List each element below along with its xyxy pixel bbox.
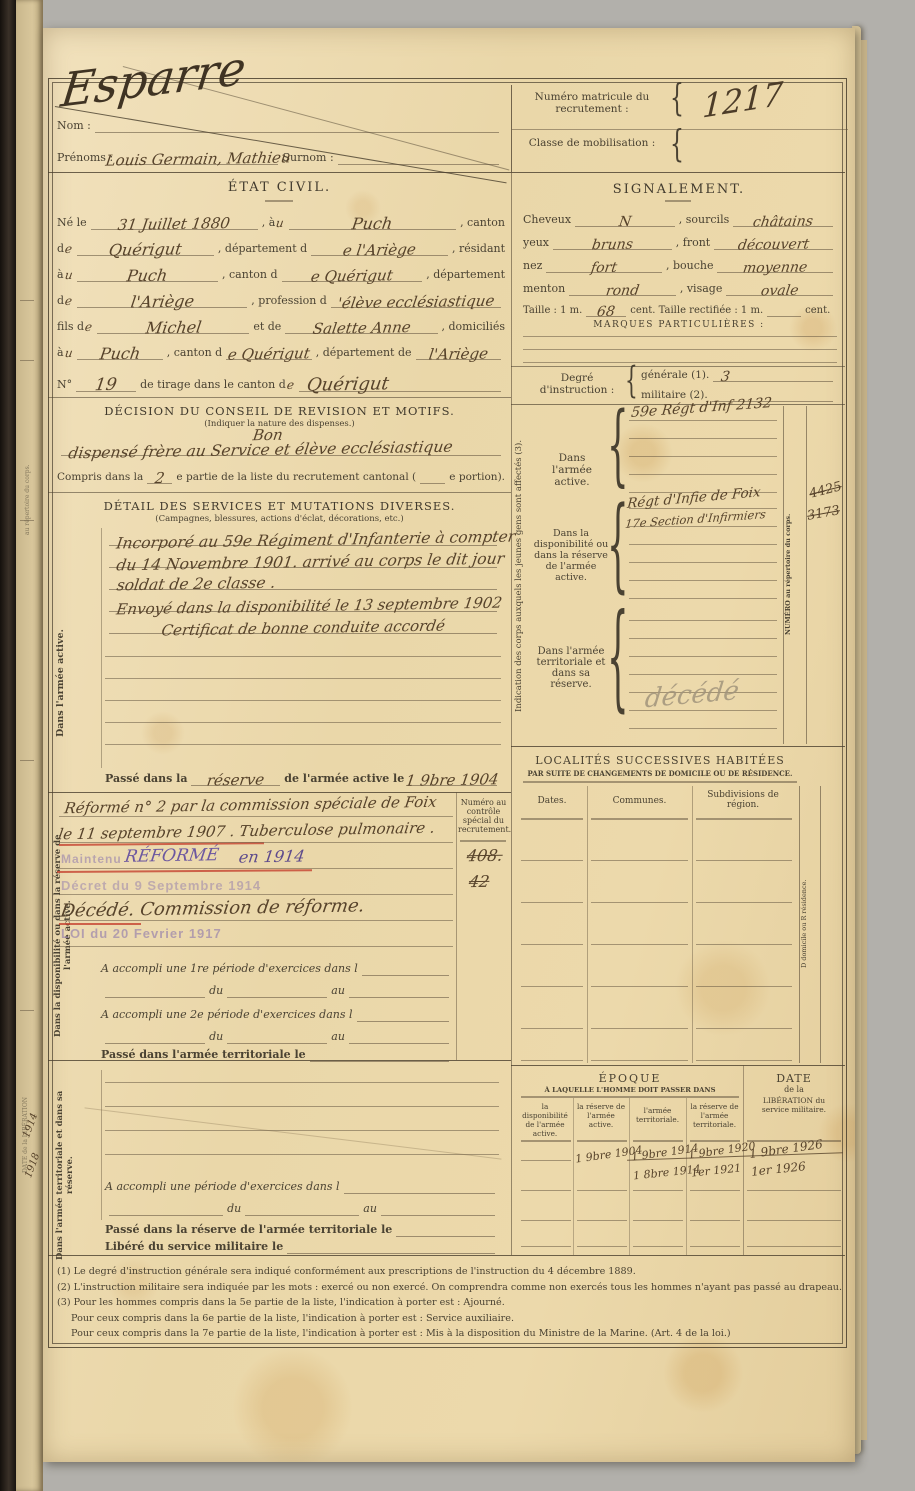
table-column-rule: [692, 786, 693, 1063]
field: [357, 1021, 449, 1022]
cell-line: [521, 860, 583, 861]
matricule-label: Numéro matricule du recrutement :: [522, 91, 662, 115]
cell-line: [521, 944, 583, 945]
ruled-line: [629, 580, 777, 581]
field: [287, 1253, 495, 1254]
ruled-line: [105, 744, 501, 745]
section-separator: [48, 1060, 511, 1061]
field-value: e: [64, 294, 73, 308]
ruled-line: [59, 816, 453, 817]
ruled-line: [59, 842, 453, 843]
field: Puch: [289, 214, 456, 230]
section-separator: [48, 492, 511, 493]
controle-number: 42: [468, 872, 491, 891]
nom-field: [95, 132, 499, 133]
yeux-label: yeux: [523, 236, 549, 250]
controle-number: 408.: [466, 846, 504, 866]
stamp-loi: LOI du 20 Fevrier 1917: [61, 926, 222, 941]
field-value: 'élève ecclésiastique: [336, 292, 495, 313]
date-title: DATE: [745, 1072, 843, 1085]
visage-value: ovale: [760, 283, 800, 300]
field-value: Puch: [351, 214, 394, 234]
domicile-residence-label: D domicile ou R résidence.: [800, 786, 818, 1061]
ruled-line: [105, 1106, 499, 1107]
numero-repertoire-label: NUMÉRO au répertoire du corps.: [784, 406, 804, 742]
cell-line: [696, 986, 792, 987]
numero-repertoire-strip: NUMÉRO au répertoire du corps.: [783, 406, 807, 744]
compris-label: e partie de la liste du recrutement cant…: [176, 471, 416, 484]
ruled-line: [629, 598, 777, 599]
table-column-rule: [573, 1098, 574, 1255]
field-label: à: [57, 268, 64, 282]
field: N: [575, 214, 675, 227]
field: [767, 316, 801, 317]
cheveux-value: N: [618, 214, 633, 230]
passe-reserve-value: réserve: [206, 771, 266, 790]
field-value: e: [64, 242, 73, 256]
cell-line: [696, 860, 792, 861]
field: [344, 1193, 495, 1194]
cell-line: [521, 1246, 571, 1247]
marques-label: MARQUES PARTICULIÈRES :: [511, 320, 847, 330]
stamp-overwrite-handwriting: RÉFORMÉ: [123, 845, 220, 867]
cell-line: [690, 1190, 740, 1191]
du-label: du: [209, 1030, 223, 1044]
ruled-line: [629, 420, 777, 421]
taille-rectifiee-label: cent. Taille rectifiée : 1 m.: [630, 305, 763, 317]
field: Certificat de bonne conduite accordé: [109, 619, 497, 634]
section-separator: [511, 746, 845, 747]
cell-line: [591, 860, 688, 861]
matricule-box: Numéro matricule du recrutement : { 1217…: [511, 85, 848, 172]
prenoms-value: Louis Germain, Mathieu: [104, 148, 291, 169]
cell-line: [591, 986, 688, 987]
ruled-line: [105, 1082, 499, 1083]
field: e Quérigut: [282, 267, 423, 282]
brace-glyph: {: [607, 394, 629, 498]
field: 'élève ecclésiastique: [331, 293, 501, 308]
brace-glyph: {: [607, 486, 629, 606]
ruled-line: [629, 474, 777, 475]
ruled-line: [629, 620, 777, 621]
ruled-line: [629, 526, 777, 527]
ruled-line: [59, 920, 453, 921]
section-separator: [48, 172, 845, 173]
field: [362, 975, 449, 976]
periode-label: A accompli une période d'exercices dans …: [105, 1180, 340, 1194]
corps-vertical-label: Indication des corps auxquels les jeunes…: [514, 410, 531, 742]
cell-line: [696, 1060, 792, 1061]
field: 2: [147, 469, 172, 484]
stamp-year-handwriting: en 1914: [238, 846, 306, 866]
field-label: fils d: [57, 320, 84, 334]
field: réserve: [191, 771, 280, 786]
field-value: e Quérigut: [227, 344, 311, 363]
armee-active-label: Dans l'armée active.: [537, 452, 607, 488]
visage-label: , visage: [680, 282, 722, 296]
header-underline: [521, 818, 583, 820]
field: [381, 1215, 495, 1216]
nez-value: fort: [590, 260, 618, 276]
passe-reserve-terr-label: Passé dans la réserve de l'armée territo…: [105, 1223, 392, 1237]
field-value: e: [84, 320, 93, 334]
ruled-line: [59, 894, 453, 895]
nez-label: nez: [523, 259, 542, 273]
cell-line: [591, 902, 688, 903]
au-label: au: [331, 984, 345, 998]
field: Quérigut: [77, 240, 214, 256]
cell-line: [521, 1160, 571, 1161]
block-rule: [101, 528, 102, 768]
field: [420, 483, 445, 484]
brace-glyph: {: [607, 590, 629, 726]
cell-line: [521, 1190, 571, 1191]
passe-reserve-date: 1 9bre 1904: [405, 770, 500, 790]
field: moyenne: [717, 260, 833, 273]
ruled-line: [20, 360, 34, 361]
brace-glyph: {: [670, 124, 684, 167]
tirage-canton-value: Quérigut: [305, 373, 390, 395]
field: Puch: [77, 266, 218, 282]
cell-line: [591, 1060, 688, 1061]
margin-vertical-text: au répertoire du corps.: [24, 400, 31, 600]
cell-line: [690, 1246, 740, 1247]
field-label: , domiciliés: [442, 320, 505, 334]
header-underline: [577, 1140, 627, 1142]
footnote-3: (3) Pour les hommes compris dans la 5e p…: [57, 1295, 841, 1311]
table-column-rule: [743, 1065, 744, 1255]
epoque-col1: la disponibilité de l'armée active.: [518, 1102, 572, 1138]
cell-line: [747, 1190, 841, 1191]
red-underline: [59, 923, 141, 925]
book-binding: [0, 0, 16, 1491]
sourcils-value: châtains: [752, 213, 814, 230]
field: Quérigut: [299, 374, 501, 392]
ruled-line: [629, 438, 777, 439]
field-label: , canton d: [167, 346, 222, 360]
header-underline: [591, 818, 688, 820]
territoriale-label: Dans l'armée territoriale et dans sa rés…: [535, 646, 607, 690]
field-value: Puch: [126, 266, 169, 286]
field-value: l'Ariège: [129, 291, 195, 311]
field-label: , département: [426, 268, 505, 282]
fiche-matricule-page: Esparre Nom : Prénoms : Louis Germain, M…: [43, 28, 855, 1462]
cell-line: [747, 1246, 841, 1247]
services-vertical-label: Dans l'armée active.: [55, 578, 66, 788]
ruled-line: [629, 544, 777, 545]
field-label: , département d: [218, 242, 307, 256]
menton-label: menton: [523, 282, 565, 296]
date-subtitle: de la: [745, 1085, 843, 1094]
footnote-2: (2) L'instruction militaire sera indiqué…: [57, 1280, 841, 1296]
field: [349, 997, 449, 998]
dispo-reserve-label: Dans la disponibilité ou dans la réserve…: [533, 528, 609, 583]
cell-line: [696, 944, 792, 945]
signalement-title: SIGNALEMENT.: [511, 182, 847, 197]
field: Puch: [77, 344, 162, 360]
ruled-line: [523, 349, 837, 350]
epoque-col3: l'armée territoriale.: [631, 1106, 684, 1124]
cell-line: [577, 1246, 627, 1247]
field: Michel: [97, 318, 249, 334]
field: [105, 997, 205, 998]
field: rond: [569, 283, 676, 296]
field-value: l'Ariège: [427, 344, 489, 363]
field: e l'Ariège: [311, 241, 448, 256]
field: châtains: [733, 214, 833, 227]
title-rule: [265, 200, 293, 202]
cell-line: [521, 1220, 571, 1221]
section-separator: [48, 792, 511, 793]
field: 19: [76, 375, 136, 392]
periode2-label: A accompli une 2e période d'exercices da…: [101, 1008, 353, 1022]
front-value: découvert: [737, 236, 810, 253]
tirage-no-label: N°: [57, 378, 72, 392]
header-rule: [523, 781, 797, 783]
field: du 14 Novembre 1901. arrivé au corps le …: [109, 553, 497, 568]
localites-col-communes: Communes.: [591, 796, 688, 806]
yeux-value: bruns: [591, 237, 634, 254]
ruled-line: [629, 508, 777, 509]
ruled-line: [523, 336, 837, 337]
tirage-no-value: 19: [94, 375, 119, 395]
domicile-residence-strip: D domicile ou R résidence.: [799, 786, 821, 1063]
field: bruns: [553, 237, 672, 250]
libere-label: Libéré du service militaire le: [105, 1240, 283, 1254]
field-value: Salette Anne: [311, 318, 411, 338]
field: l'Ariège: [416, 345, 501, 360]
services-subtitle: (Campagnes, blessures, actions d'éclat, …: [48, 514, 511, 524]
ruled-line: [105, 1130, 499, 1131]
page-stack-edge: [861, 40, 867, 1440]
bouche-label: , bouche: [666, 259, 714, 273]
stamp-maintenu: Maintenu: [61, 852, 122, 866]
surnom-field: [338, 164, 499, 165]
ruled-line: [105, 656, 501, 657]
field: [109, 1215, 223, 1216]
field-label: à: [57, 346, 64, 360]
ruled-line: [20, 760, 34, 761]
au-label: au: [363, 1202, 377, 1216]
date-subtitle2: LIBÉRATION du service militaire.: [749, 1096, 839, 1114]
field-label: , département de: [316, 346, 412, 360]
localites-title: LOCALITÉS SUCCESSIVES HABITÉES: [517, 754, 803, 767]
field-label: Né le: [57, 216, 87, 230]
field-value: Quérigut: [108, 239, 184, 259]
ruled-line: [105, 722, 501, 723]
cell-line: [633, 1220, 683, 1221]
header-rule: [521, 1096, 739, 1098]
field: [310, 1061, 449, 1062]
localites-col-subdivisions: Subdivisions de région.: [694, 790, 792, 810]
footnote-1: (1) Le degré d'instruction générale sera…: [57, 1264, 841, 1280]
services-title: DÉTAIL DES SERVICES ET MUTATIONS DIVERSE…: [48, 499, 511, 513]
ruled-line: [629, 728, 777, 729]
field: [396, 1236, 495, 1237]
field-label: et de: [253, 320, 281, 334]
ruled-line: [20, 300, 34, 301]
field: 1 9bre 1904: [408, 771, 497, 786]
decision-title: DÉCISION DU CONSEIL DE REVISION ET MOTIF…: [48, 404, 511, 418]
compris-value: 2: [154, 469, 166, 487]
field-value: Michel: [144, 318, 202, 338]
cell-line: [577, 1220, 627, 1221]
brace-glyph: {: [670, 78, 684, 121]
controle-rule: [460, 840, 506, 842]
cell-line: [591, 1028, 688, 1029]
ruled-line: [629, 456, 777, 457]
etat-civil-title: ÉTAT CIVIL.: [48, 180, 511, 195]
cell-line: [577, 1190, 627, 1191]
field: Envoyé dans la disponibilité le 13 septe…: [109, 597, 497, 612]
header-underline: [633, 1140, 683, 1142]
cell-line: [591, 944, 688, 945]
ruled-line: [105, 678, 501, 679]
epoque-col2: la réserve de l'armée active.: [575, 1102, 627, 1129]
du-label: du: [209, 984, 223, 998]
field-label: , résidant: [452, 242, 505, 256]
field-value: e: [286, 378, 295, 392]
nom-label: Nom :: [57, 119, 91, 133]
au-label: au: [331, 1030, 345, 1044]
menton-value: rond: [605, 283, 640, 300]
territoriale-vertical-label: Dans l'armée territoriale et dans sa rés…: [55, 1088, 79, 1263]
ruled-line: [629, 656, 777, 657]
field-value: 31 Juillet 1880: [117, 214, 232, 234]
field: 68: [586, 304, 626, 317]
block-rule: [101, 1070, 102, 1220]
table-column-rule: [587, 786, 588, 1063]
field-value: u: [64, 268, 74, 282]
footnote-4: Pour ceux compris dans la 6e partie de l…: [57, 1311, 841, 1327]
scanned-register-page: au répertoire du corps. DATE de la LIBÉR…: [0, 0, 915, 1491]
field-label: , profession d: [251, 294, 327, 308]
taille-label: Taille : 1 m.: [523, 305, 582, 317]
cell-line: [690, 1220, 740, 1221]
classe-label: Classe de mobilisation :: [522, 137, 662, 149]
compris-label: Compris dans la: [57, 471, 143, 484]
field: 31 Juillet 1880: [91, 215, 258, 230]
ruled-line: [629, 638, 777, 639]
section-separator: [511, 1065, 845, 1066]
localites-subtitle: PAR SUITE DE CHANGEMENTS DE DOMICILE OU …: [517, 769, 803, 778]
tirage-label: de tirage dans le canton d: [140, 378, 286, 392]
previous-page-edge: au répertoire du corps. DATE de la LIBÉR…: [16, 0, 43, 1491]
epoque-subtitle: À LAQUELLE L'HOMME DOIT PASSER DANS: [517, 1086, 743, 1094]
field: dispensé frère au Service et élève ecclé…: [61, 441, 501, 456]
section-separator: [48, 397, 511, 398]
cell-line: [521, 986, 583, 987]
periode1-label: A accompli une 1re période d'exercices d…: [101, 962, 358, 976]
ruled-line: [523, 362, 837, 363]
bouche-value: moyenne: [742, 259, 809, 276]
localites-col-dates: Dates.: [521, 796, 583, 806]
field: [245, 1215, 359, 1216]
section-separator: [48, 1255, 845, 1256]
ruled-line: [629, 674, 777, 675]
compris-label: e portion).: [449, 471, 505, 484]
cell-line: [521, 902, 583, 903]
field-value: Puch: [98, 344, 141, 364]
field: ovale: [726, 283, 833, 296]
ruled-line: [105, 700, 501, 701]
field-label: , à: [262, 216, 276, 230]
instruction-generale-label: générale (1).: [641, 369, 709, 382]
field-label: d: [57, 294, 64, 308]
cheveux-label: Cheveux: [523, 213, 571, 227]
instruction-label: Degré d'instruction :: [535, 372, 619, 396]
controle-header: Numéro au contrôle spécial du recrutemen…: [458, 798, 509, 834]
field-value: u: [275, 216, 285, 230]
sourcils-label: , sourcils: [679, 213, 729, 227]
cell-line: [633, 1246, 683, 1247]
controle-column-rule: [456, 792, 457, 1060]
du-label: du: [227, 1202, 241, 1216]
field: 3: [713, 369, 833, 382]
cell-line: [633, 1190, 683, 1191]
cent-label: cent.: [805, 305, 830, 317]
ruled-line: [59, 868, 453, 869]
stamp-decret: Décret du 9 Septembre 1914: [61, 878, 261, 893]
field-label: d: [57, 242, 64, 256]
field: e Quérigut: [226, 345, 311, 360]
cell-line: [696, 1028, 792, 1029]
taille-value: 68: [596, 304, 616, 320]
title-rule: [665, 200, 691, 202]
epoque-col4: la réserve de l'armée territoriale.: [688, 1102, 741, 1129]
epoque-title: ÉPOQUE: [517, 1072, 743, 1085]
field: soldat de 2e classe .: [109, 575, 497, 590]
field-label: , canton: [460, 216, 505, 230]
field: [227, 997, 327, 998]
ruled-line: [59, 946, 453, 947]
field: Salette Anne: [285, 319, 437, 334]
prenoms-field: Louis Germain, Mathieu: [117, 150, 278, 165]
field-value: e Quérigut: [310, 266, 394, 285]
cell-line: [696, 902, 792, 903]
field: Incorporé au 59e Régiment d'Infanterie à…: [109, 531, 497, 546]
cell-line: [521, 1060, 583, 1061]
passe-reserve-label: de l'armée active le: [284, 772, 404, 786]
cell-line: [747, 1220, 841, 1221]
header-underline: [521, 1140, 571, 1142]
front-label: , front: [676, 236, 710, 250]
passe-reserve-label: Passé dans la: [105, 772, 187, 786]
field: fort: [546, 260, 662, 273]
header-underline: [696, 818, 792, 820]
ruled-line: [20, 1010, 34, 1011]
ruled-line: [629, 562, 777, 563]
footnote-5: Pour ceux compris dans la 7e partie de l…: [57, 1326, 841, 1342]
cell-line: [521, 1028, 583, 1029]
field-label: , canton d: [222, 268, 277, 282]
ruled-line: [105, 1154, 499, 1155]
field: découvert: [714, 237, 833, 250]
field: l'Ariège: [77, 292, 247, 308]
field-value: u: [64, 346, 74, 360]
footnotes: (1) Le degré d'instruction générale sera…: [57, 1264, 841, 1342]
column-divider: [511, 172, 512, 1255]
table-column-rule: [629, 1098, 630, 1255]
field-value: e l'Ariège: [342, 240, 417, 259]
